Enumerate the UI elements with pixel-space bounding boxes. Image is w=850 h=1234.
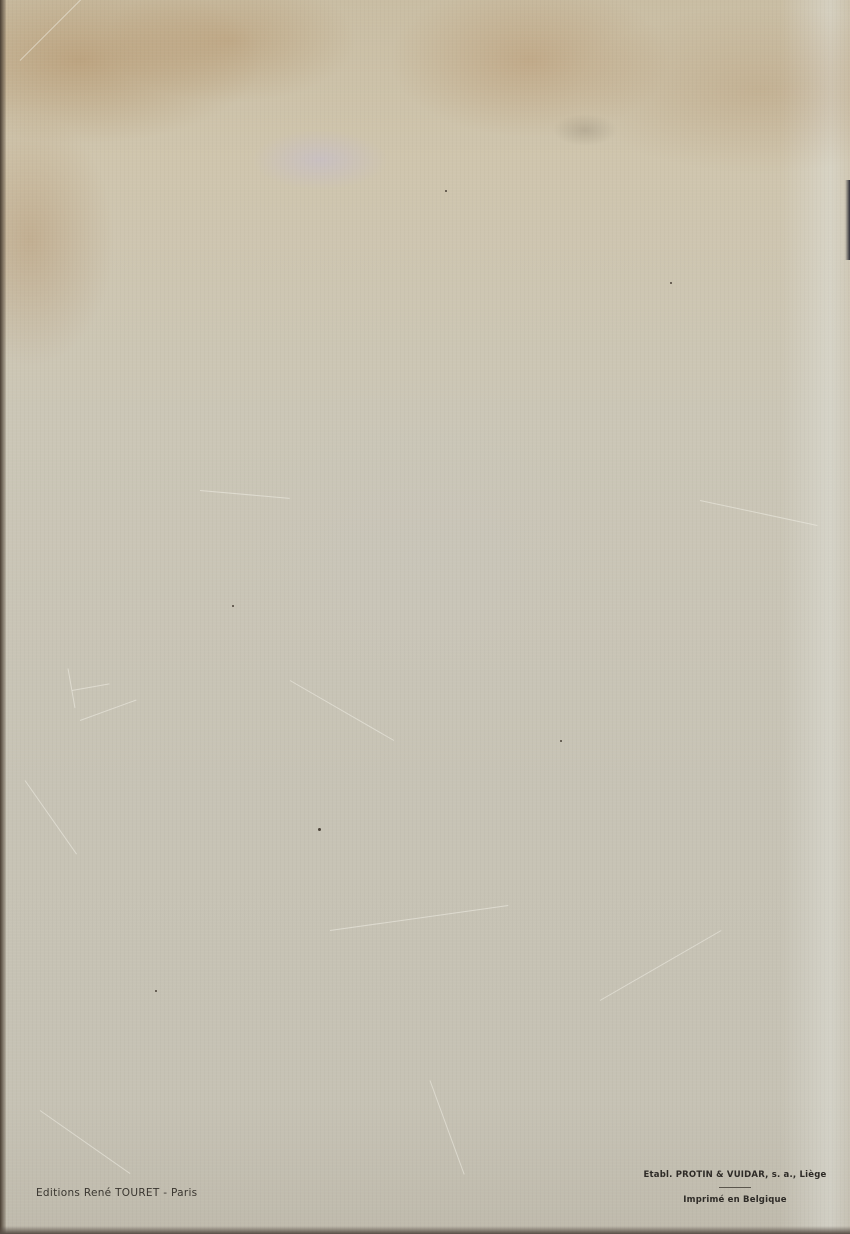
scratch-mark (72, 683, 110, 691)
scratch-mark (330, 905, 508, 931)
publisher-imprint: Editions René TOURET - Paris (36, 1187, 197, 1199)
speck-mark (318, 828, 321, 831)
printed-in-country: Imprimé en Belgique (630, 1195, 840, 1205)
speck-mark (232, 605, 234, 607)
scratch-mark (25, 780, 77, 854)
imprint-divider (719, 1187, 751, 1188)
scratch-mark (600, 930, 722, 1001)
speck-mark (670, 282, 672, 284)
speck-mark (155, 990, 157, 992)
scratch-mark (40, 1110, 131, 1174)
printer-name: Etabl. PROTIN & VUIDAR, s. a., Liège (630, 1170, 840, 1180)
scratch-mark (80, 700, 137, 721)
scratch-mark (430, 1080, 465, 1174)
scratch-mark (290, 680, 394, 741)
book-back-cover: Editions René TOURET - Paris Etabl. PROT… (0, 0, 850, 1234)
scratch-mark (20, 0, 84, 61)
cover-left-edge (0, 0, 6, 1234)
speck-mark (445, 190, 447, 192)
scratch-mark (200, 490, 290, 499)
cover-bottom-edge (0, 1226, 850, 1234)
cover-right-edge-shadow (845, 180, 850, 260)
printer-imprint-block: Etabl. PROTIN & VUIDAR, s. a., Liège Imp… (630, 1170, 840, 1205)
speck-mark (560, 740, 562, 742)
scratch-mark (68, 668, 76, 708)
scratch-mark (700, 500, 818, 526)
